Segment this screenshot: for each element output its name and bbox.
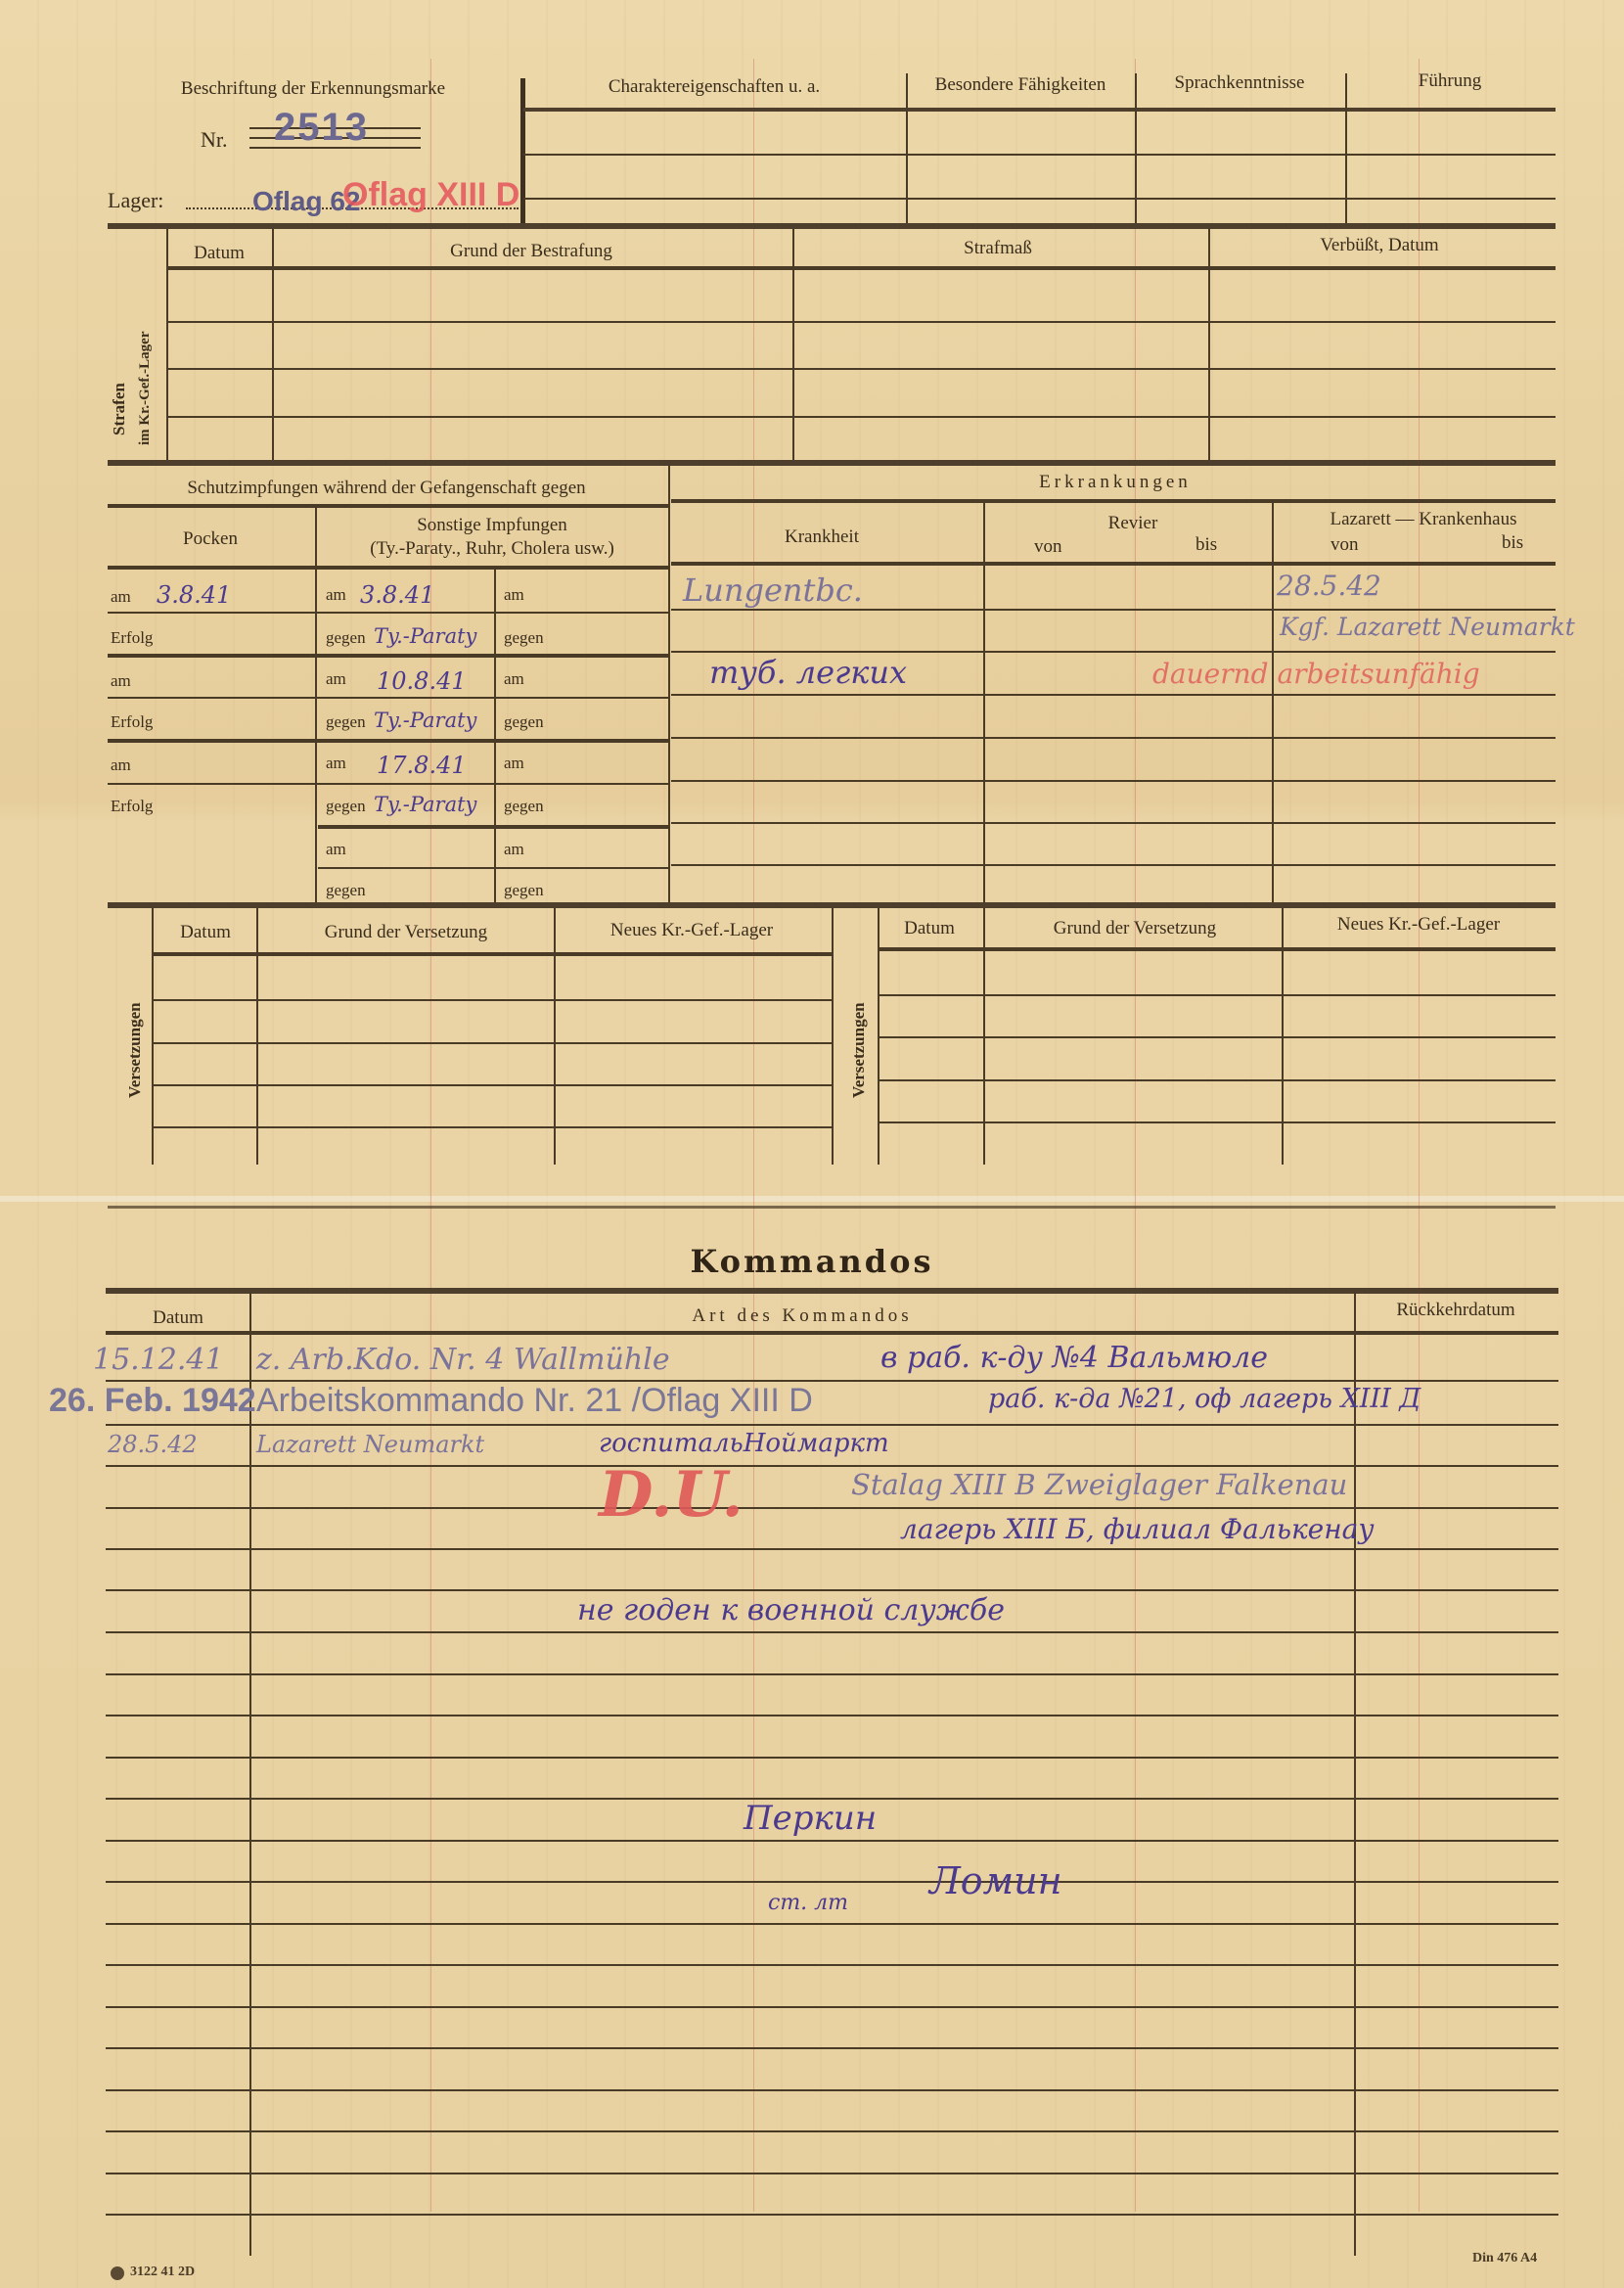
erkrankungen-title: Erkrankungen [1039, 472, 1192, 493]
row-line [106, 2130, 1558, 2132]
row-line [671, 737, 1556, 739]
col-divider [249, 1292, 251, 2256]
krankheit-ru: туб. легких [709, 654, 907, 691]
kdo-datum-2-stamp: 26. Feb. 1942 [49, 1382, 256, 1420]
row-line [154, 1042, 832, 1044]
section-rule [108, 460, 1556, 466]
signature: Ломин [929, 1859, 1062, 1902]
lazarett-name: Kgf. Lazarett Neumarkt [1280, 613, 1575, 641]
row-line [106, 2089, 1558, 2091]
kdo-art-de-2-stamp: Arbeitskommando Nr. 21 /Oflag XIII D [256, 1382, 813, 1420]
row-line [106, 1507, 1558, 1509]
sonstige-am-2: am [326, 669, 346, 689]
col-pocken: Pocken [183, 528, 238, 550]
third-am-3: am [504, 754, 524, 773]
third-gegen-1: gegen [504, 628, 544, 648]
lazarett-von-date: 28.5.42 [1277, 570, 1381, 602]
sonstige-am-3: am [326, 754, 346, 773]
col-strafmass: Strafmaß [964, 238, 1032, 259]
col-fuehrung: Führung [1419, 70, 1481, 92]
col-divider [166, 229, 168, 464]
col-charakter: Charaktereigenschaften u. a. [609, 76, 820, 98]
pocken-am-3: am [111, 755, 131, 775]
sonstige-gegen-1: gegen [326, 628, 366, 648]
row-line [154, 1126, 832, 1128]
strafen-side-label: Strafen [110, 383, 129, 435]
row-line [106, 1964, 1558, 1966]
row-line [106, 1548, 1558, 1550]
sonstige-vaccine-1: Ty.-Paraty [374, 624, 476, 648]
row-line [108, 612, 670, 614]
col-verbuesst: Verbüßt, Datum [1320, 235, 1438, 256]
third-gegen-4: gegen [504, 881, 544, 900]
sonstige-am-1: am [326, 585, 346, 605]
row-line [108, 783, 670, 785]
third-am-4: am [504, 840, 524, 859]
document-page [0, 0, 1624, 2288]
row-line [671, 822, 1556, 824]
header-rule [168, 266, 1556, 270]
header-rule [880, 947, 1556, 951]
row-line [671, 864, 1556, 866]
col-sonstige: Sonstige Impfungen [417, 515, 567, 536]
col-datum: Datum [153, 1307, 203, 1329]
ruling-line [1419, 59, 1420, 2212]
signature-rank: ст. лт [768, 1891, 848, 1915]
ruling-line [430, 59, 431, 2212]
lager-label: Lager: [108, 188, 163, 213]
krankheit-de: Lungentbc. [683, 572, 863, 609]
row-line [168, 416, 1556, 418]
row-line [671, 694, 1556, 696]
header-rule [154, 952, 832, 956]
col-lager-left: Neues Kr.-Gef.-Lager [610, 920, 773, 941]
row-line [880, 1079, 1556, 1081]
col-divider [1345, 73, 1347, 225]
col-datum-left: Datum [180, 922, 231, 943]
third-am-1: am [504, 585, 524, 605]
sonstige-gegen-2: gegen [326, 712, 366, 732]
header-rule [671, 562, 1556, 566]
lager-stamp-oflag13d: Oflag XIII D [342, 176, 519, 214]
row-line [880, 994, 1556, 996]
kdo-datum-1: 15.12.41 [93, 1343, 224, 1377]
col-divider [315, 504, 317, 905]
col-revier: Revier [1108, 513, 1158, 534]
row-line [106, 2047, 1558, 2049]
header-rule [671, 499, 1556, 503]
kdo-art-ru-5: лагерь XIII Б, филиал Фалькенау [900, 1513, 1375, 1545]
pocken-am-1: am [111, 587, 131, 607]
row-line [880, 1121, 1556, 1123]
impfungen-title: Schutzimpfungen während der Gefangenscha… [187, 478, 585, 499]
print-code: 3122 41 2D [130, 2265, 195, 2280]
col-sprachen: Sprachkenntnisse [1175, 72, 1305, 94]
col-divider [494, 568, 496, 905]
col-lazarett: Lazarett — Krankenhaus [1331, 509, 1517, 530]
ruling-line [1135, 59, 1136, 2212]
row-line [318, 825, 670, 829]
col-divider [832, 908, 834, 1165]
pocken-date-1: 3.8.41 [157, 581, 231, 609]
paper-fold [0, 1196, 1624, 1202]
kdo-art-de-4: Stalag XIII B Zweiglager Falkenau [851, 1468, 1347, 1501]
row-line [154, 1084, 832, 1086]
row-line [106, 2006, 1558, 2008]
lazarett-bis: bis [1502, 532, 1523, 554]
row-line [168, 321, 1556, 323]
row-line [108, 739, 670, 743]
col-divider [1354, 1292, 1356, 2256]
pocken-erfolg-1: Erfolg [111, 628, 153, 648]
kdo-art-ru-1: в раб. к-ду №4 Вальмюле [880, 1341, 1268, 1375]
printer-mark-icon [111, 2266, 124, 2280]
kdo-art-de-1: z. Arb.Kdo. Nr. 4 Wallmühle [256, 1343, 670, 1377]
col-lager-right: Neues Kr.-Gef.-Lager [1337, 914, 1500, 936]
row-line [318, 867, 670, 869]
kommandos-title: Kommandos [691, 1243, 934, 1280]
header-rule [106, 1331, 1558, 1335]
pocken-am-2: am [111, 671, 131, 691]
row-line [106, 1840, 1558, 1842]
col-divider [272, 229, 274, 464]
col-art: Art des Kommandos [692, 1305, 912, 1327]
sonstige-gegen-3: gegen [326, 797, 366, 816]
row-line [106, 2173, 1558, 2174]
row-line [106, 1757, 1558, 1759]
header-rule [523, 108, 1556, 112]
row-line [106, 2214, 1558, 2216]
kdo-art-de-3: Lazarett Neumarkt [256, 1431, 484, 1458]
sonstige-date-2: 10.8.41 [377, 667, 467, 695]
sonstige-gegen-4: gegen [326, 881, 366, 900]
row-line [106, 1881, 1558, 1883]
row-line [168, 368, 1556, 370]
sonstige-vaccine-3: Ty.-Paraty [374, 793, 476, 816]
pocken-erfolg-2: Erfolg [111, 712, 153, 732]
col-datum: Datum [194, 243, 245, 264]
third-gegen-2: gegen [504, 712, 544, 732]
header-rule [108, 504, 670, 508]
row-line [108, 654, 670, 658]
tag-number: 2513 [274, 106, 369, 150]
col-sonstige-sub: (Ty.-Paraty., Ruhr, Cholera usw.) [370, 538, 614, 560]
header-rule [108, 566, 670, 570]
row-line [106, 1631, 1558, 1633]
col-faehigkeiten: Besondere Fähigkeiten [935, 74, 1106, 96]
revier-bis: bis [1195, 534, 1217, 556]
ruling-line [753, 59, 754, 2212]
kdo-art-ru-2: раб. к-да №21, оф лагерь XIII Д [988, 1384, 1421, 1414]
header-row-line [523, 198, 1556, 200]
row-line [108, 697, 670, 699]
section-rule [108, 1206, 1556, 1209]
row-line [154, 999, 832, 1001]
third-gegen-3: gegen [504, 797, 544, 816]
red-note-arbeitsunfaehig: dauernd arbeitsunfähig [1152, 658, 1480, 690]
pocken-erfolg-3: Erfolg [111, 797, 153, 816]
header-row-line [523, 154, 1556, 156]
row-line [880, 1036, 1556, 1038]
col-divider [668, 465, 670, 905]
kdo-art-ru-6: не годен к военной службе [577, 1593, 1005, 1627]
col-divider [906, 73, 908, 225]
col-divider [1135, 73, 1137, 225]
kdo-datum-3: 28.5.42 [108, 1431, 198, 1458]
tag-label: Beschriftung der Erkennungsmarke [181, 78, 445, 100]
row-line [106, 1715, 1558, 1716]
col-grund-left: Grund der Versetzung [325, 922, 487, 943]
signature-name: Перкин [744, 1799, 877, 1838]
kdo-art-ru-3: госпитальНоймаркт [599, 1429, 889, 1458]
col-datum-right: Datum [904, 918, 955, 939]
row-line [671, 780, 1556, 782]
revier-von: von [1034, 536, 1062, 558]
sonstige-am-4: am [326, 840, 346, 859]
col-grund: Grund der Bestrafung [450, 241, 612, 262]
row-line [671, 651, 1556, 653]
col-divider [1208, 229, 1210, 464]
versetzungen-side-label-left: Versetzungen [125, 1002, 145, 1098]
third-am-2: am [504, 669, 524, 689]
row-line [106, 1465, 1558, 1467]
section-rule [108, 223, 1556, 229]
versetzungen-side-label-right: Versetzungen [849, 1002, 869, 1098]
nr-label: Nr. [201, 127, 228, 153]
col-rueckkehr: Rückkehrdatum [1396, 1300, 1514, 1321]
header-rule [106, 1288, 1558, 1294]
header-divider [520, 78, 525, 225]
row-line [106, 1589, 1558, 1591]
sonstige-date-1: 3.8.41 [360, 581, 434, 609]
row-line [106, 1673, 1558, 1675]
sonstige-vaccine-2: Ty.-Paraty [374, 709, 476, 732]
sonstige-date-3: 17.8.41 [377, 752, 467, 779]
row-line [106, 1424, 1558, 1426]
din-label: Din 476 A4 [1472, 2251, 1537, 2266]
col-grund-right: Grund der Versetzung [1054, 918, 1216, 939]
row-line [106, 1923, 1558, 1925]
col-divider [792, 229, 794, 464]
strafen-side-label-2: im Kr.-Gef.-Lager [137, 332, 154, 446]
col-krankheit: Krankheit [785, 526, 859, 548]
red-stamp-du: D.U. [599, 1458, 744, 1532]
lazarett-von: von [1331, 534, 1359, 556]
row-line [671, 609, 1556, 611]
